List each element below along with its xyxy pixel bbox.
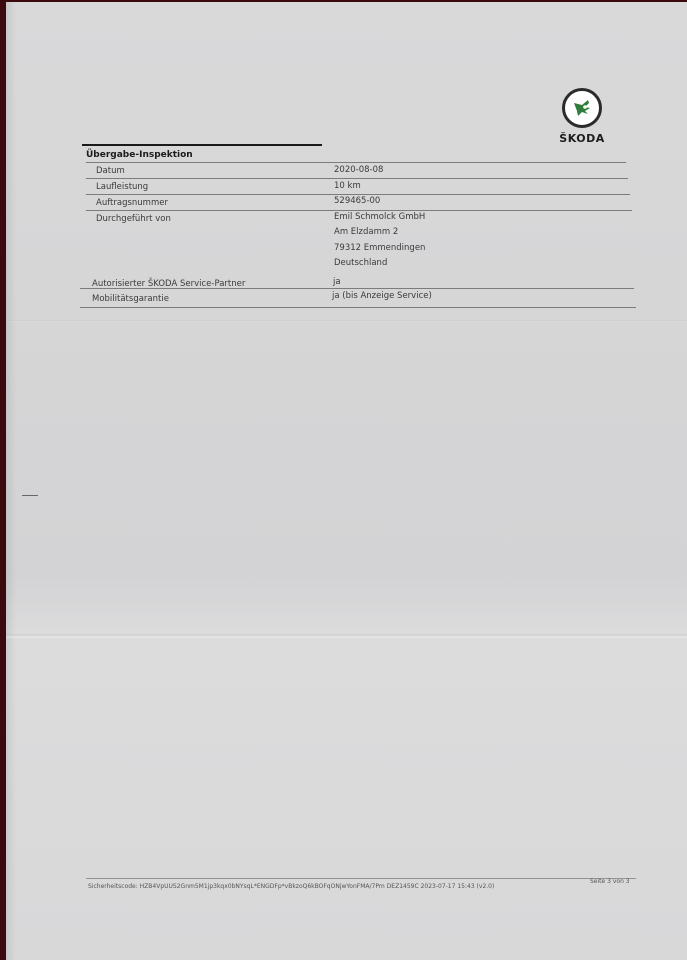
skoda-logo: ŠKODA bbox=[552, 88, 612, 145]
label-durchgefuehrt-von: Durchgeführt von bbox=[96, 214, 171, 224]
value-dealer-country: Deutschland bbox=[334, 258, 387, 268]
row-divider bbox=[86, 194, 630, 195]
page-number: Seite 3 von 3 bbox=[590, 878, 630, 885]
footer-rule bbox=[86, 878, 636, 879]
value-mobilitaetsgarantie: ja (bis Anzeige Service) bbox=[332, 291, 432, 301]
value-dealer-street: Am Elzdamm 2 bbox=[334, 227, 398, 237]
label-datum: Datum bbox=[96, 166, 125, 176]
row-divider bbox=[80, 288, 634, 289]
stray-mark bbox=[22, 495, 38, 496]
row-divider bbox=[80, 307, 636, 308]
value-laufleistung: 10 km bbox=[334, 181, 361, 191]
row-divider bbox=[86, 162, 626, 163]
label-mobilitaetsgarantie: Mobilitätsgarantie bbox=[92, 294, 169, 304]
paper-fold bbox=[6, 634, 687, 638]
row-divider bbox=[86, 210, 632, 211]
section-title: Übergabe-Inspektion bbox=[86, 150, 193, 160]
label-auftragsnummer: Auftragsnummer bbox=[96, 198, 168, 208]
label-laufleistung: Laufleistung bbox=[96, 182, 148, 192]
value-datum: 2020-08-08 bbox=[334, 165, 383, 175]
value-service-partner: ja bbox=[333, 277, 341, 287]
value-auftragsnummer: 529465-00 bbox=[334, 196, 380, 206]
skoda-winged-arrow-icon bbox=[562, 88, 602, 128]
security-code: Sicherheitscode: HZB4VpUUS2Gnm5M1jp3kqx0… bbox=[88, 883, 494, 890]
value-dealer-city: 79312 Emmendingen bbox=[334, 243, 425, 253]
paper-fold bbox=[6, 320, 687, 322]
brand-name: ŠKODA bbox=[552, 132, 612, 145]
section-title-rule bbox=[82, 144, 322, 146]
row-divider bbox=[86, 178, 628, 179]
value-dealer-name: Emil Schmolck GmbH bbox=[334, 212, 425, 222]
page-edge-shadow bbox=[6, 2, 16, 960]
